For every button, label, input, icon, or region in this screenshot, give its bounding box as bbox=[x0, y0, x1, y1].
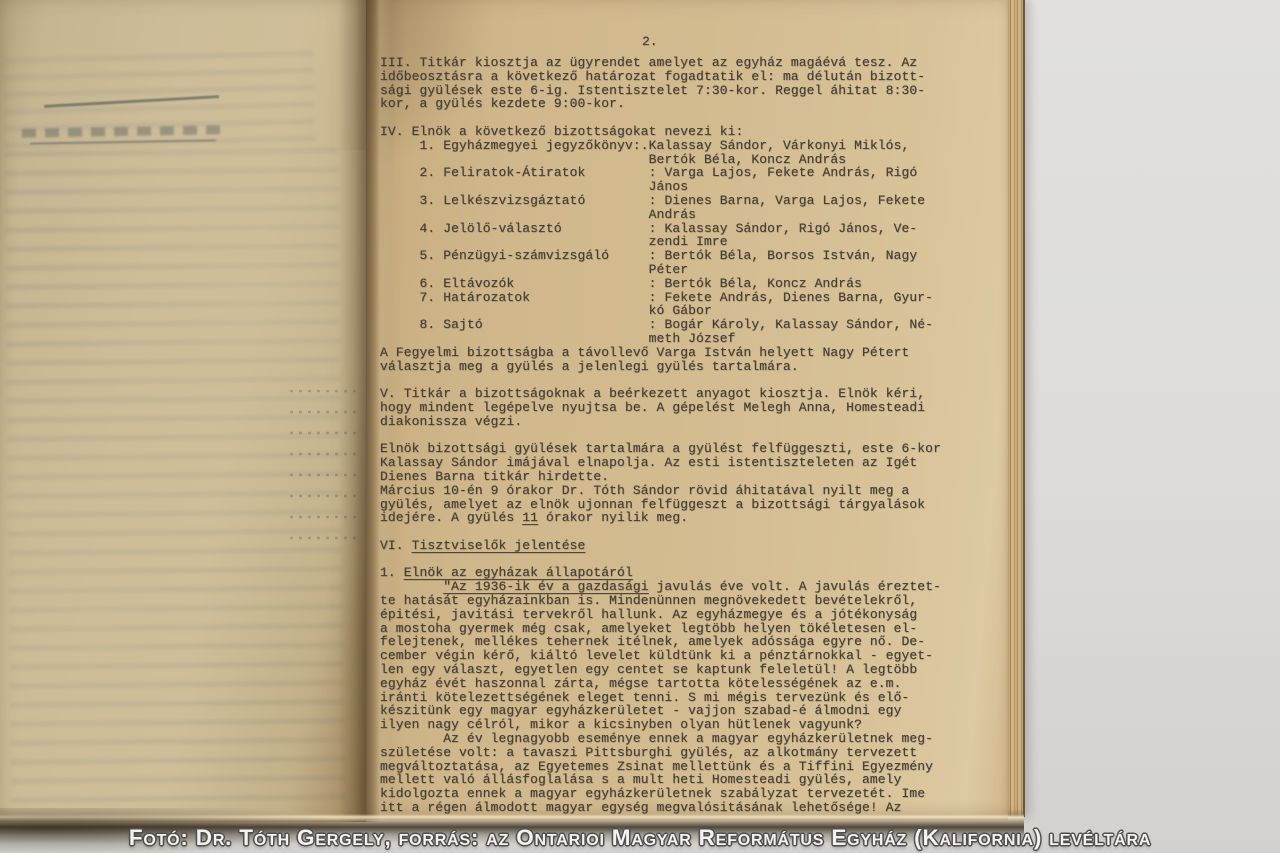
typed-line: meth József bbox=[380, 332, 980, 346]
page-stack-edge bbox=[1008, 0, 1025, 817]
typed-line: felejtenek, mellékes tehernek itélnek, a… bbox=[380, 635, 980, 649]
typed-line bbox=[380, 525, 980, 539]
page-number: 2. bbox=[642, 34, 658, 49]
typed-line: hogy mindent legépelve nyujtsa be. A gép… bbox=[380, 401, 980, 415]
typed-line bbox=[380, 553, 980, 567]
caption-bar: Fotó: Dr. Tóth Gergely, forrás: az Ontar… bbox=[0, 823, 1280, 853]
typed-line: 6. Eltávozók : Bertók Béla, Koncz András bbox=[380, 277, 980, 291]
typed-line bbox=[380, 111, 980, 125]
typed-line: Dienes Barna titkár hirdette. bbox=[380, 470, 980, 484]
left-page bbox=[0, 0, 366, 822]
typed-line: "Az 1936-ik év a gazdasági javulás éve v… bbox=[380, 580, 980, 594]
typed-line: 1. Elnök az egyházak állapotáról bbox=[380, 566, 980, 580]
typed-line: választja meg a gyülés a jelenlegi gyülé… bbox=[380, 360, 980, 374]
typed-line: V. Titkár a bizottságoknak a beérkezett … bbox=[380, 387, 980, 401]
typed-line: kidolgozta ennek a magyar egyházkerületn… bbox=[380, 787, 980, 801]
typed-line: te hatását egyházainkban is. Mindenünnen… bbox=[380, 594, 980, 608]
typed-line: cember végin kérő, kiáltó levelet küldtü… bbox=[380, 649, 980, 663]
typed-line: készitünk egy magyar egyházkerületet - v… bbox=[380, 704, 980, 718]
photo-caption: Fotó: Dr. Tóth Gergely, forrás: az Ontar… bbox=[129, 825, 1151, 851]
typed-line bbox=[380, 373, 980, 387]
typed-line: kó Gábor bbox=[380, 304, 980, 318]
typed-line: időbeosztásra a következő határozat foga… bbox=[380, 70, 980, 84]
typed-line: A Fegyelmi bizottságba a távollevő Varga… bbox=[380, 346, 980, 360]
typed-line: Kalassay Sándor imájával elnapolja. Az e… bbox=[380, 456, 980, 470]
photo-of-document: 2. III. Titkár kiosztja az ügyrendet ame… bbox=[0, 0, 1280, 853]
typed-line: egyház évét haszonnal zárta, mégse tarto… bbox=[380, 677, 980, 691]
typed-line: 1. Egyházmegyei jegyzőkönyv:.Kalassay Sá… bbox=[380, 139, 980, 153]
typed-line: 3. Lelkészvizsgáztató : Dienes Barna, Va… bbox=[380, 194, 980, 208]
typed-line: ilyen nagy célról, mikor a kicsinyben ol… bbox=[380, 718, 980, 732]
typed-line: Elnök bizottsági gyülések tartalmára a g… bbox=[380, 442, 980, 456]
typed-text: III. Titkár kiosztja az ügyrendet amelye… bbox=[380, 56, 980, 815]
typed-line: VI. Tisztviselők jelentése bbox=[380, 539, 980, 553]
typed-line: épitési, javitási tervekről hallunk. Az … bbox=[380, 608, 980, 622]
typed-line: Az év legnagyobb eseménye ennek a magyar… bbox=[380, 732, 980, 746]
typed-line: 5. Pénzügyi-számvizsgáló : Bertók Béla, … bbox=[380, 249, 980, 263]
typed-line: a mostoha gyermek még csak, amelyeket le… bbox=[380, 622, 980, 636]
typed-line: len egy választ, egyetlen egy centet se … bbox=[380, 663, 980, 677]
typed-line bbox=[380, 429, 980, 443]
typed-line: III. Titkár kiosztja az ügyrendet amelye… bbox=[380, 56, 980, 70]
typed-line: 2. Feliratok-Átiratok : Varga Lajos, Fek… bbox=[380, 166, 980, 180]
typed-line: 8. Sajtó : Bogár Károly, Kalassay Sándor… bbox=[380, 318, 980, 332]
typed-line: Péter bbox=[380, 263, 980, 277]
typed-line: zendi Imre bbox=[380, 235, 980, 249]
typed-line: IV. Elnök a következő bizottságokat neve… bbox=[380, 125, 980, 139]
typed-line: 4. Jelölő-választó : Kalassay Sándor, Ri… bbox=[380, 222, 980, 236]
ghost-text-top bbox=[3, 51, 315, 154]
typed-line: András bbox=[380, 208, 980, 222]
typed-line: Március 10-én 9 órakor Dr. Tóth Sándor r… bbox=[380, 484, 980, 498]
typed-line: gyülés, amelyet az elnök ujonnan felfügg… bbox=[380, 498, 980, 512]
typed-line: 7. Határozatok : Fekete András, Dienes B… bbox=[380, 291, 980, 305]
typed-line: idejére. A gyülés 11 órakor nyilik meg. bbox=[380, 511, 980, 525]
typed-line: születése volt: a tavaszi Pittsburghi gy… bbox=[380, 746, 980, 760]
typed-line: mellett való állásfoglalása s a mult het… bbox=[380, 773, 980, 787]
typed-line: megváltoztatása, az Egyetemes Zsinat mel… bbox=[380, 760, 980, 774]
typed-line: János bbox=[380, 180, 980, 194]
typed-line: sági gyülések este 6-ig. Istentisztelet … bbox=[380, 84, 980, 98]
typed-line: itt a régen álmodott magyar egység megva… bbox=[380, 801, 980, 815]
typed-line: iránti kötelezettségének eleget tenni. S… bbox=[380, 691, 980, 705]
typed-line: diakonissza végzi. bbox=[380, 415, 980, 429]
typed-line: kor, a gyülés kezdete 9:00-kor. bbox=[380, 97, 980, 111]
